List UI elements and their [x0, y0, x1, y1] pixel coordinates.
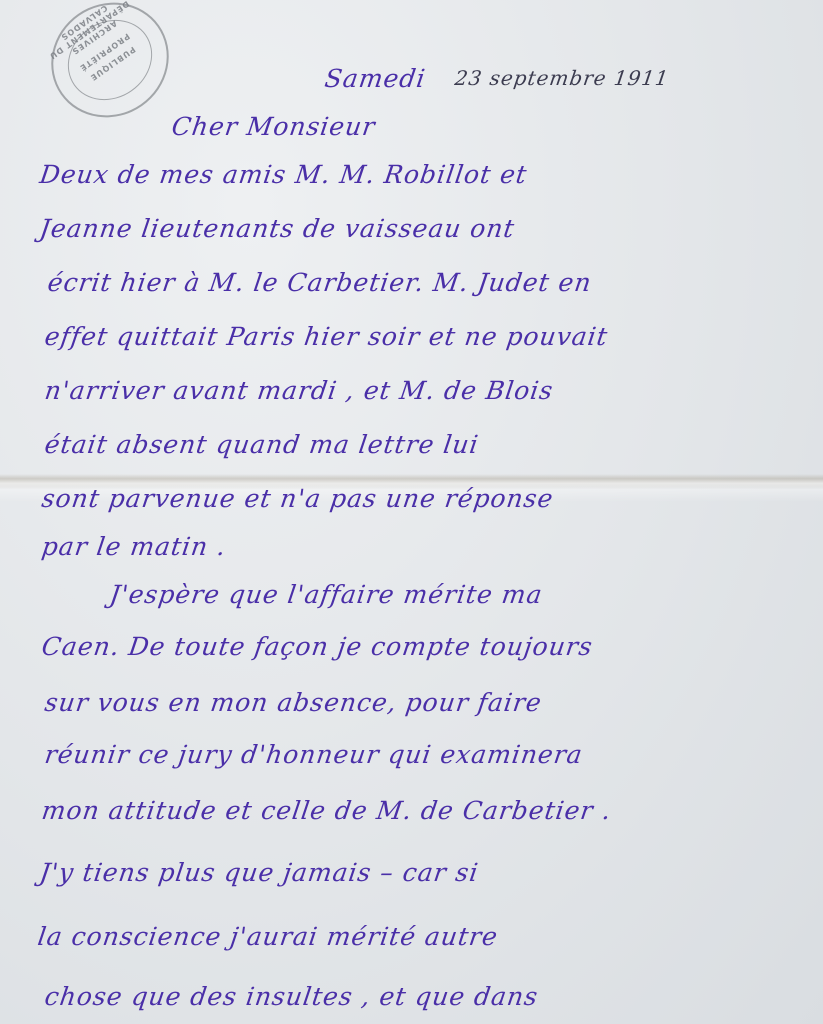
letter-line: écrit hier à M. le Carbetier. M. Judet e…: [46, 268, 594, 297]
letter-line: mon attitude et celle de M. de Carbetier…: [40, 796, 614, 825]
dateline-date: 23 septembre 1911: [453, 66, 670, 90]
letter-page: ARCHIVES DÉPARTEMENT DU CALVADOS PROPRIÉ…: [0, 0, 823, 1024]
letter-line: Caen. De toute façon je compte toujours: [40, 632, 595, 661]
letter-line: Jeanne lieutenants de vaisseau ont: [38, 214, 517, 243]
letter-line: sont parvenue et n'a pas une réponse: [40, 484, 556, 513]
letter-line: par le matin .: [40, 532, 228, 561]
salutation: Cher Monsieur: [170, 112, 377, 141]
letter-line: J'y tiens plus que jamais – car si: [38, 858, 481, 887]
letter-line: effet quittait Paris hier soir et ne pou…: [43, 322, 610, 351]
letter-line: Deux de mes amis M. M. Robillot et: [38, 160, 529, 189]
archive-stamp: ARCHIVES DÉPARTEMENT DU CALVADOS PROPRIÉ…: [29, 0, 192, 140]
letter-line: réunir ce jury d'honneur qui examinera: [43, 740, 585, 769]
dateline-day: Samedi: [323, 64, 428, 93]
letter-line: chose que des insultes , et que dans: [43, 982, 540, 1011]
letter-line: était absent quand ma lettre lui: [43, 430, 481, 459]
letter-line: J'espère que l'affaire mérite ma: [108, 580, 545, 609]
letter-line: la conscience j'aurai mérité autre: [36, 922, 500, 951]
letter-line: sur vous en mon absence, pour faire: [43, 688, 544, 717]
letter-line: n'arriver avant mardi , et M. de Blois: [43, 376, 555, 405]
